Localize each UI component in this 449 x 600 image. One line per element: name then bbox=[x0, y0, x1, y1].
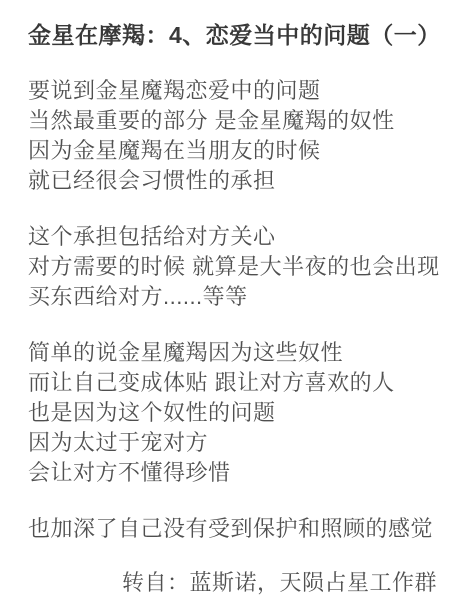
text-line: 简单的说金星魔羯因为这些奴性 bbox=[28, 338, 437, 368]
text-line: 也是因为这个奴性的问题 bbox=[28, 398, 437, 428]
paragraph-4: 也加深了自己没有受到保护和照顾的感觉 bbox=[28, 514, 437, 544]
text-line: 会让对方不懂得珍惜 bbox=[28, 458, 437, 488]
text-line: 也加深了自己没有受到保护和照顾的感觉 bbox=[28, 514, 437, 544]
page-title: 金星在摩羯：4、恋爱当中的问题（一） bbox=[28, 20, 437, 50]
text-line: 买东西给对方......等等 bbox=[28, 282, 437, 312]
text-line: 就已经很会习惯性的承担 bbox=[28, 166, 437, 196]
paragraph-3: 简单的说金星魔羯因为这些奴性 而让自己变成体贴 跟让对方喜欢的人 也是因为这个奴… bbox=[28, 338, 437, 488]
attribution-line: 转自：蓝斯诺，天陨占星工作群 bbox=[28, 568, 437, 598]
text-line: 这个承担包括给对方关心 bbox=[28, 222, 437, 252]
text-line: 当然最重要的部分 是金星魔羯的奴性 bbox=[28, 106, 437, 136]
paragraph-2: 这个承担包括给对方关心 对方需要的时候 就算是大半夜的也会出现 买东西给对方..… bbox=[28, 222, 437, 312]
paragraph-1: 要说到金星魔羯恋爱中的问题 当然最重要的部分 是金星魔羯的奴性 因为金星魔羯在当… bbox=[28, 76, 437, 196]
text-line: 对方需要的时候 就算是大半夜的也会出现 bbox=[28, 252, 437, 282]
text-line: 因为太过于宠对方 bbox=[28, 428, 437, 458]
text-line: 因为金星魔羯在当朋友的时候 bbox=[28, 136, 437, 166]
text-line: 要说到金星魔羯恋爱中的问题 bbox=[28, 76, 437, 106]
text-line: 而让自己变成体贴 跟让对方喜欢的人 bbox=[28, 368, 437, 398]
document-page: 金星在摩羯：4、恋爱当中的问题（一） 要说到金星魔羯恋爱中的问题 当然最重要的部… bbox=[0, 0, 449, 600]
